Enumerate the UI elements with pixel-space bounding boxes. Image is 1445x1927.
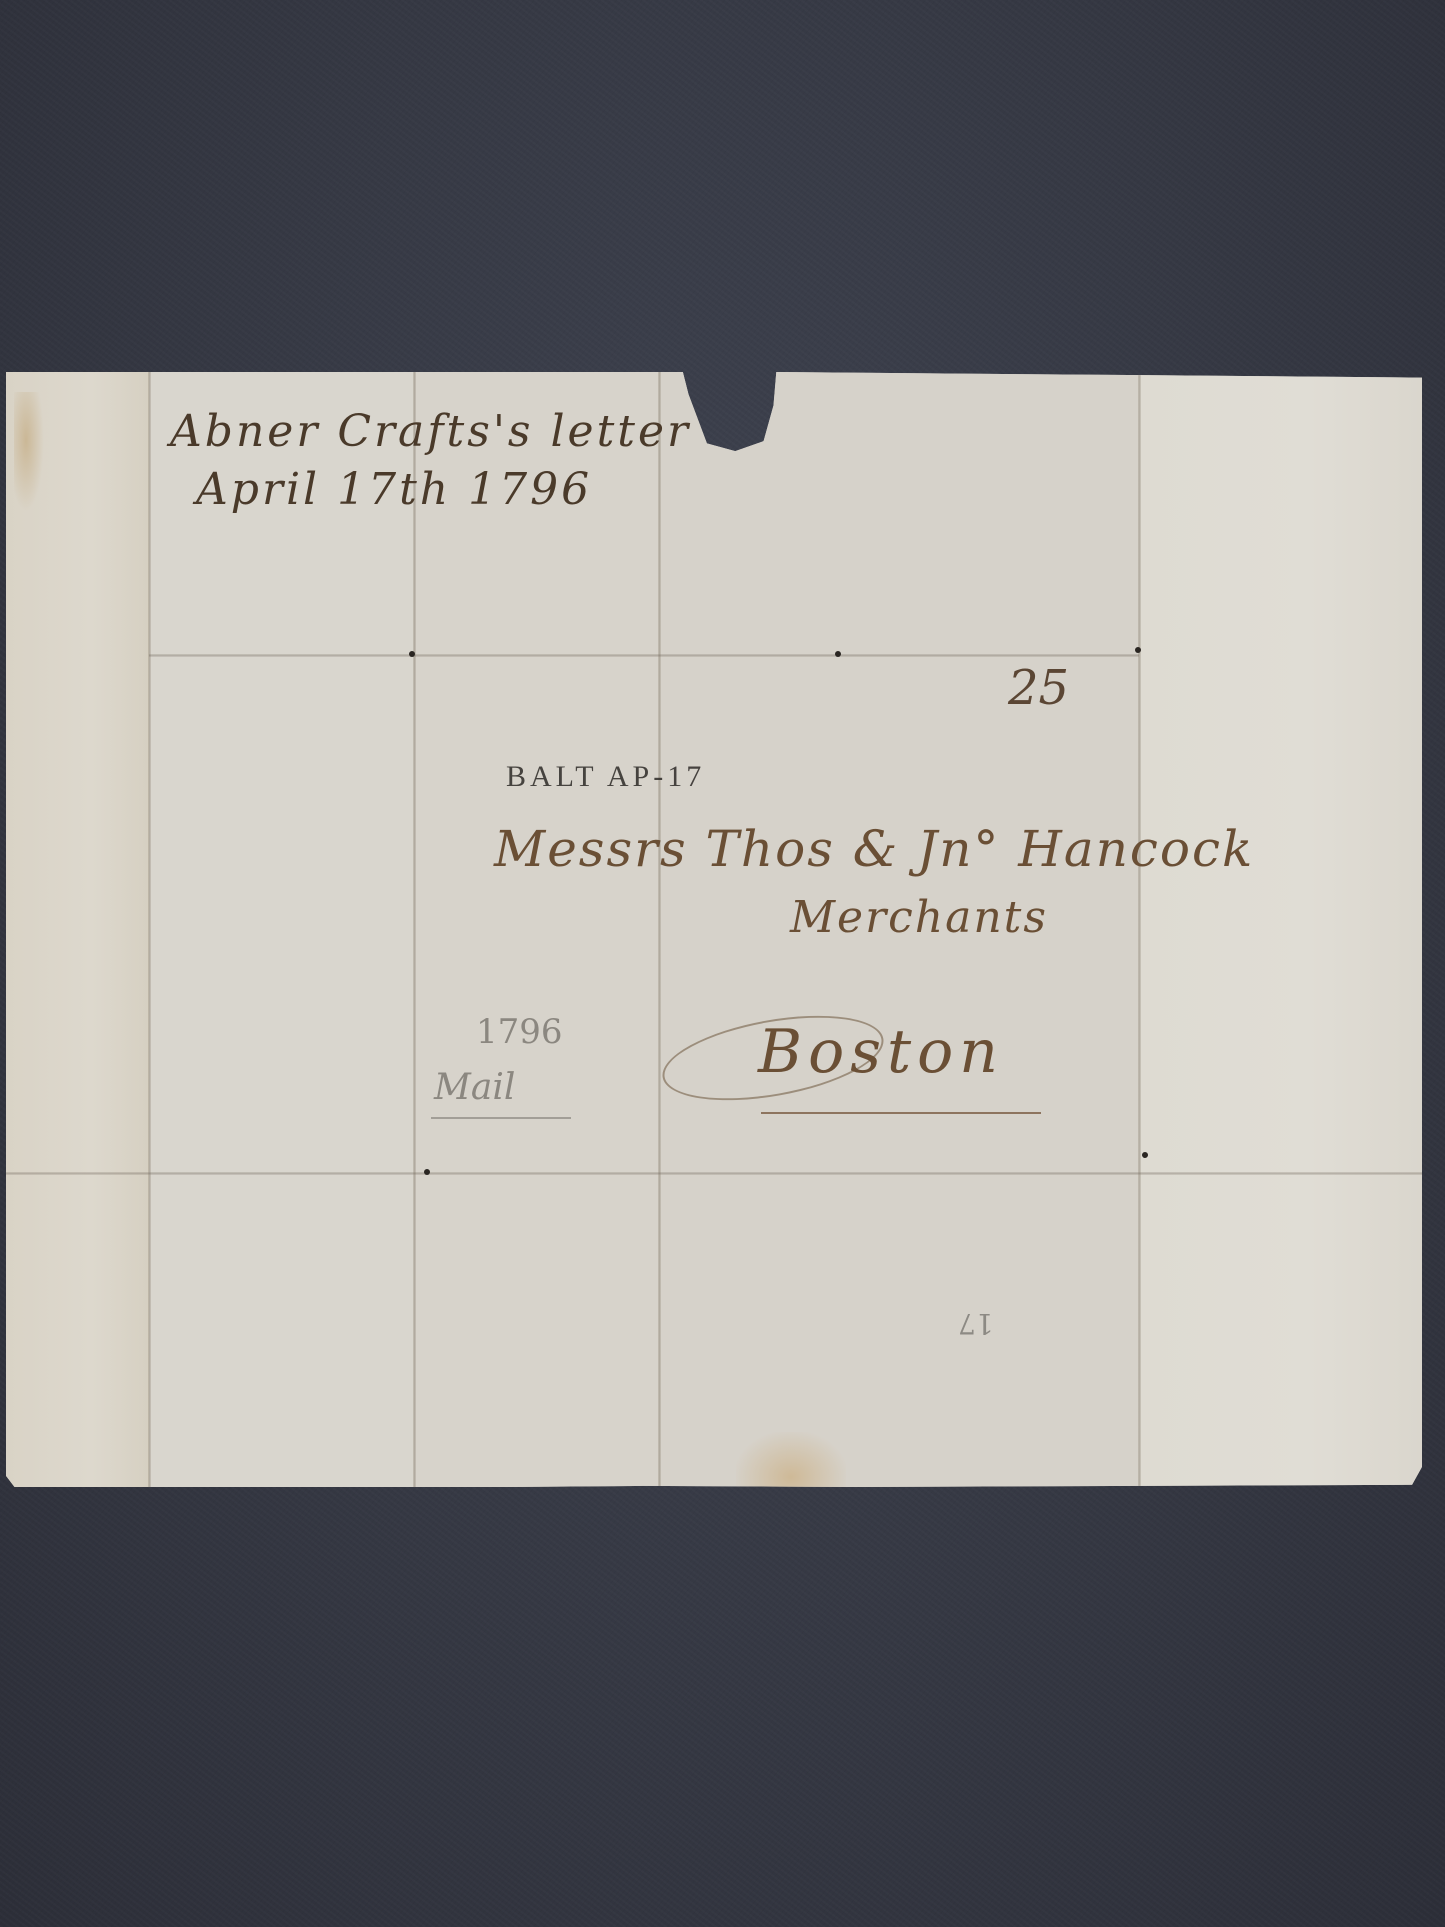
docket-line-1: Abner Crafts's letter bbox=[170, 406, 691, 457]
vertical-fold-line bbox=[148, 372, 151, 1487]
horizontal-fold-line bbox=[149, 654, 1139, 657]
pencil-year: 1796 bbox=[476, 1012, 563, 1052]
fold-corner-mark bbox=[835, 651, 841, 657]
fold-corner-mark bbox=[424, 1169, 430, 1175]
vertical-fold-line bbox=[1138, 372, 1141, 1487]
right-flap-panel bbox=[1139, 372, 1422, 1487]
pencil-underline bbox=[431, 1117, 571, 1119]
fold-panel bbox=[149, 372, 414, 1487]
fold-panel bbox=[414, 372, 659, 1487]
address-line-2: Merchants bbox=[790, 892, 1048, 943]
fold-corner-mark bbox=[409, 651, 415, 657]
pencil-number: 17 bbox=[958, 1307, 994, 1340]
edge-stain bbox=[14, 392, 44, 512]
address-city: Boston bbox=[758, 1017, 1004, 1087]
fold-corner-mark bbox=[1135, 647, 1141, 653]
address-line-1: Messrs Thos & Jn° Hancock bbox=[494, 820, 1254, 878]
vertical-fold-line bbox=[658, 372, 661, 1487]
postmark: BALT AP-17 bbox=[506, 760, 705, 794]
docket-line-2: April 17th 1796 bbox=[196, 464, 592, 515]
address-underline bbox=[761, 1112, 1041, 1114]
horizontal-fold-line bbox=[6, 1172, 1422, 1175]
left-flap-panel bbox=[6, 372, 149, 1487]
fold-corner-mark bbox=[1142, 1152, 1148, 1158]
letter-cover: Abner Crafts's letter April 17th 1796 25… bbox=[6, 372, 1422, 1487]
rate-marking: 25 bbox=[1008, 660, 1069, 716]
pencil-note: Mail bbox=[434, 1067, 515, 1108]
vertical-fold-line bbox=[413, 372, 416, 1487]
